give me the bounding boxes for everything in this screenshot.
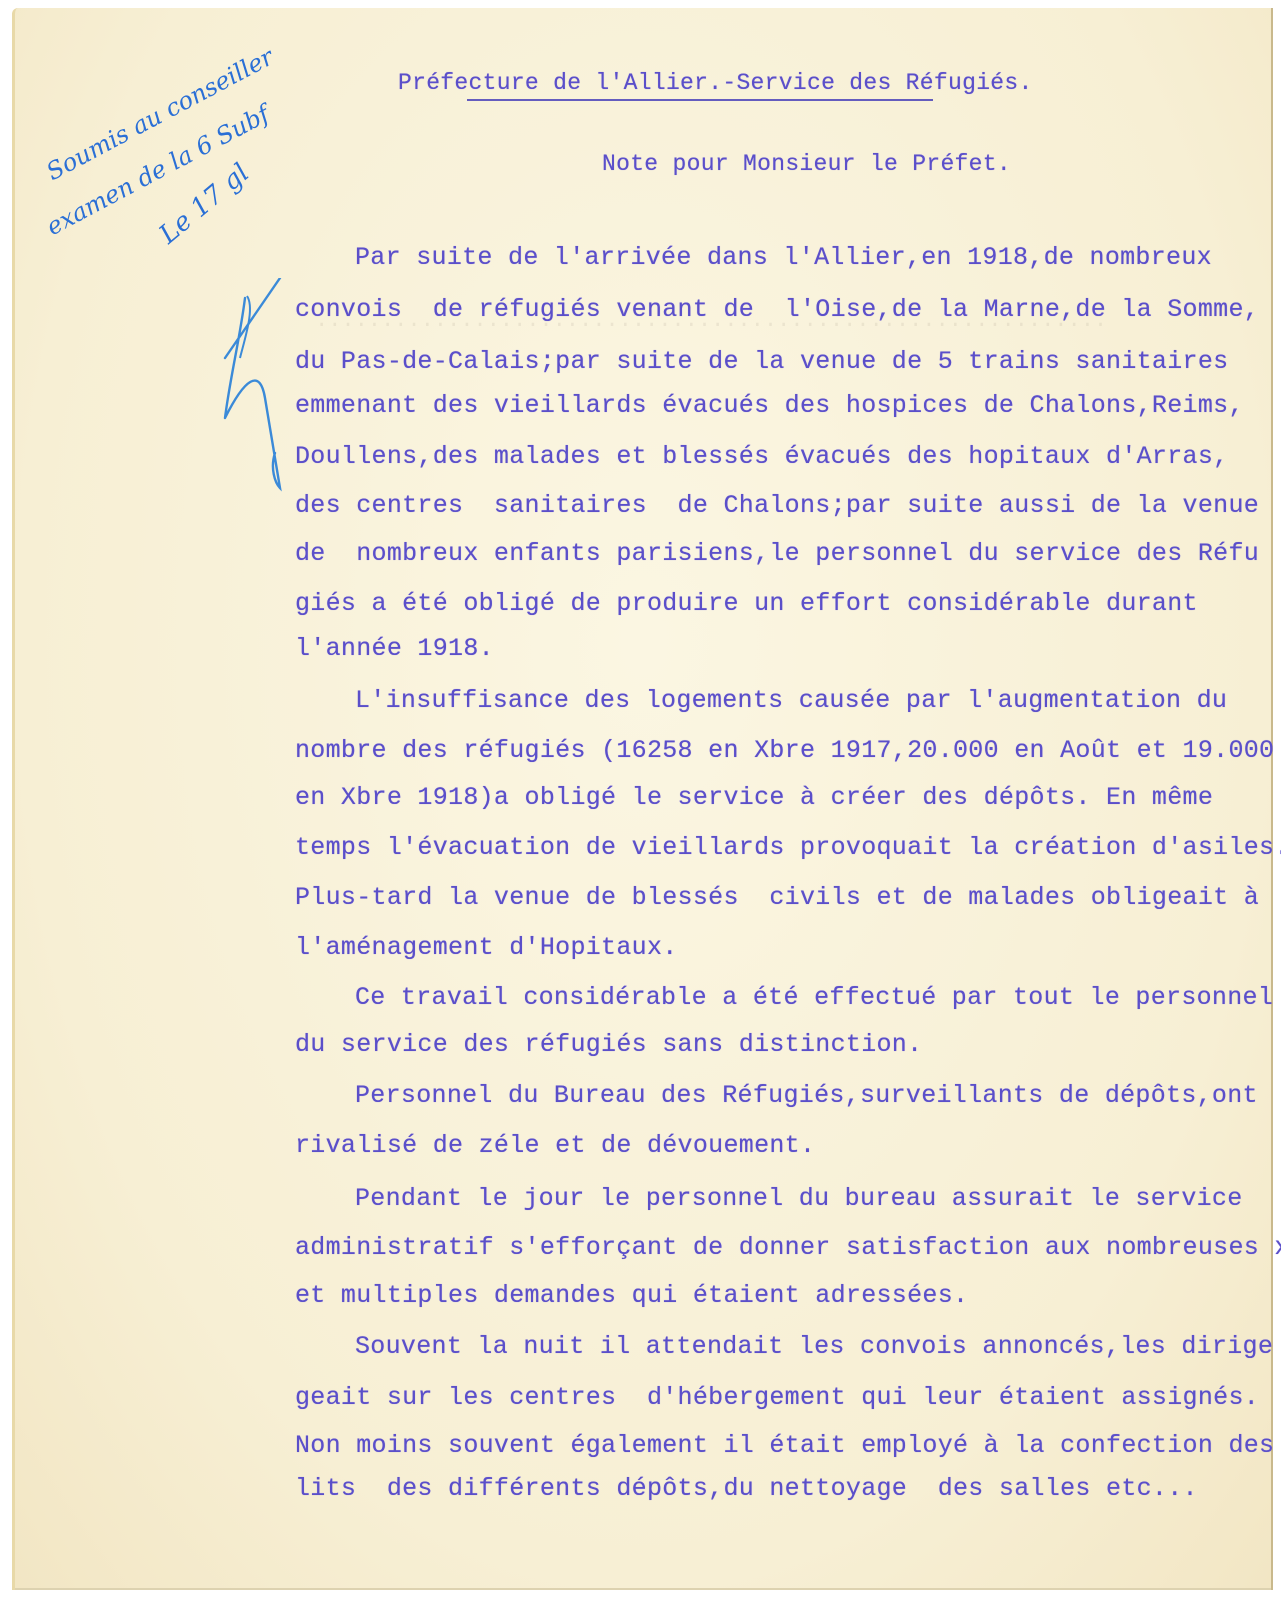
- body-line: geait sur les centres d'hébergement qui …: [295, 1383, 1259, 1412]
- body-line: l'aménagement d'Hopitaux.: [295, 933, 678, 962]
- body-line: de nombreux enfants parisiens,le personn…: [295, 539, 1259, 568]
- body-line: Personnel du Bureau des Réfugiés,surveil…: [355, 1081, 1258, 1110]
- body-line: Non moins souvent également il était emp…: [295, 1431, 1274, 1460]
- body-line: l'année 1918.: [295, 634, 494, 663]
- body-line: du service des réfugiés sans distinction…: [295, 1030, 922, 1059]
- signature-icon: [185, 278, 305, 493]
- body-line: temps l'évacuation de vieillards provoqu…: [295, 833, 1281, 862]
- body-line: rivalisé de zéle et de dévouement.: [295, 1131, 815, 1160]
- body-line: Plus-tard la venue de blessés civils et …: [295, 883, 1259, 912]
- body-line: Doullens,des malades et blessés évacués …: [295, 442, 1228, 471]
- document-page: ........................................…: [12, 8, 1273, 1590]
- body-line: et multiples demandes qui étaient adress…: [295, 1281, 968, 1310]
- body-line: Souvent la nuit il attendait les convois…: [355, 1332, 1273, 1361]
- body-line: Pendant le jour le personnel du bureau a…: [355, 1184, 1243, 1213]
- body-line: en Xbre 1918)a obligé le service à créer…: [295, 783, 1213, 812]
- title-underline: [467, 99, 933, 101]
- body-line: giés a été obligé de produire un effort …: [295, 589, 1198, 618]
- document-subtitle: Note pour Monsieur le Préfet.: [602, 151, 1011, 177]
- body-line: du Pas-de-Calais;par suite de la venue d…: [295, 347, 1228, 376]
- body-line: Ce travail considérable a été effectué p…: [355, 983, 1273, 1012]
- body-line: administratif s'efforçant de donner sati…: [295, 1233, 1281, 1262]
- body-line: des centres sanitaires de Chalons;par su…: [295, 491, 1259, 520]
- body-line: Par suite de l'arrivée dans l'Allier,en …: [355, 243, 1212, 272]
- body-line: lits des différents dépôts,du nettoyage …: [295, 1474, 1198, 1503]
- body-line: convois de réfugiés venant de l'Oise,de …: [295, 295, 1259, 324]
- body-line: L'insuffisance des logements causée par …: [355, 686, 1227, 715]
- document-title: Préfecture de l'Allier.-Service des Réfu…: [398, 70, 1033, 96]
- body-line: nombre des réfugiés (16258 en Xbre 1917,…: [295, 736, 1274, 765]
- body-line: emmenant des vieillards évacués des hosp…: [295, 391, 1244, 420]
